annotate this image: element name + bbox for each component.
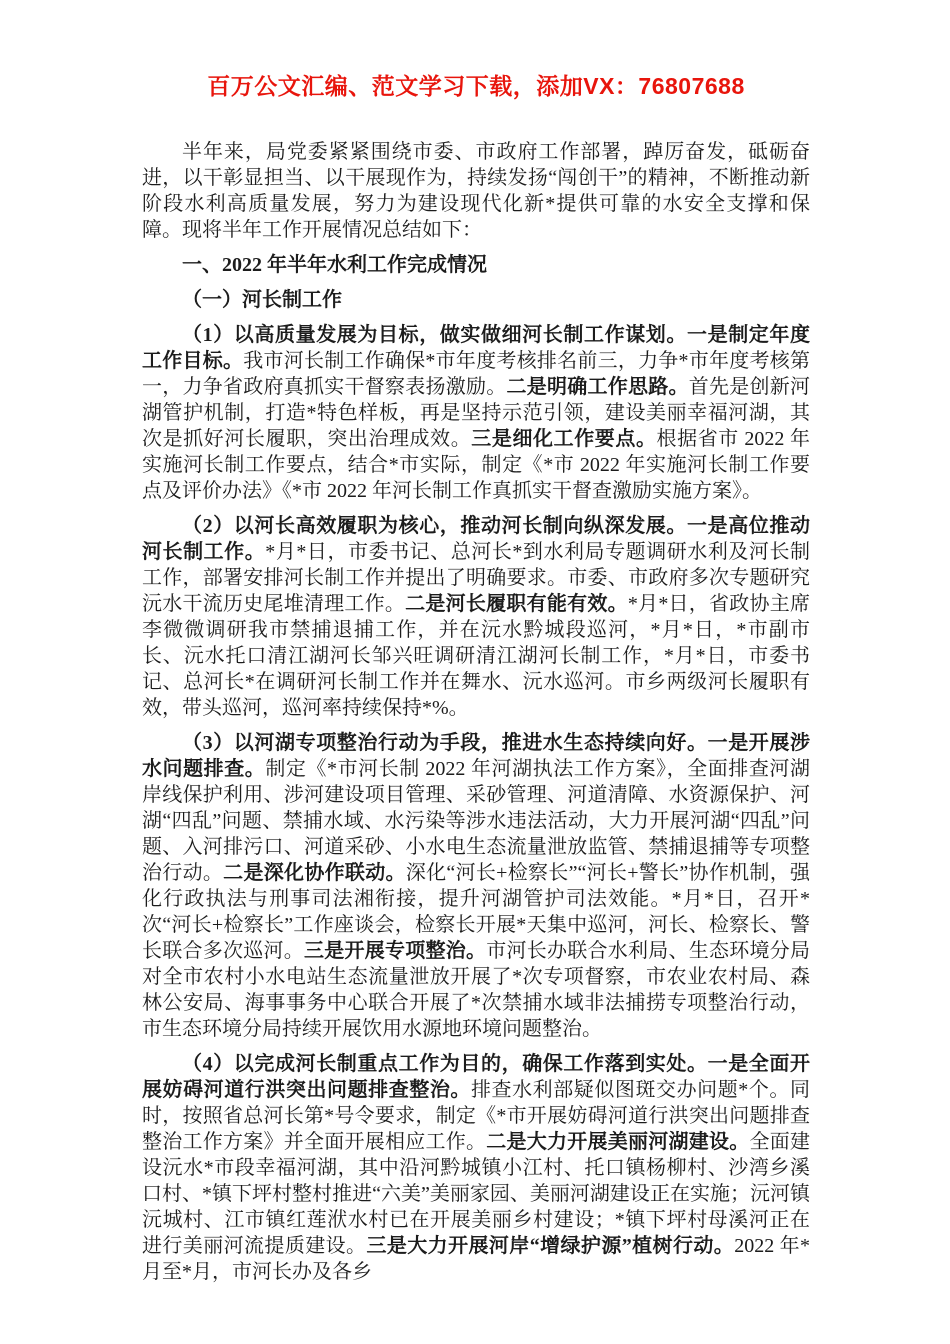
section-heading: （一）河长制工作: [142, 287, 810, 313]
paragraph: 半年来，局党委紧紧围绕市委、市政府工作部署，踔厉奋发，砥砺奋进，以干彰显担当、以…: [142, 139, 810, 243]
bold-text-run: 三是开展专项整治。: [304, 940, 486, 962]
bold-text-run: 二是河长履职有能有效。: [405, 593, 628, 615]
bold-text-run: 一、2022 年半年水利工作完成情况: [182, 254, 487, 276]
bold-text-run: 二是明确工作思路。: [507, 376, 689, 398]
bold-text-run: 三是大力开展河岸“增绿护源”植树行动。: [366, 1235, 734, 1257]
bold-text-run: （一）河长制工作: [182, 289, 342, 311]
paragraph: （4）以完成河长制重点工作为目的，确保工作落到实处。一是全面开展妨碍河道行洪突出…: [142, 1051, 810, 1285]
section-heading: 一、2022 年半年水利工作完成情况: [142, 252, 810, 278]
promo-banner-text: 百万公文汇编、范文学习下载，添加VX：76807688: [142, 68, 810, 101]
paragraph: （1）以高质量发展为目标，做实做细河长制工作谋划。一是制定年度工作目标。我市河长…: [142, 322, 810, 504]
bold-text-run: 二是大力开展美丽河湖建设。: [486, 1131, 749, 1153]
document-body: 半年来，局党委紧紧围绕市委、市政府工作部署，踔厉奋发，砥砺奋进，以干彰显担当、以…: [142, 139, 810, 1285]
bold-text-run: 二是深化协作联动。: [223, 862, 406, 884]
text-run: 半年来，局党委紧紧围绕市委、市政府工作部署，踔厉奋发，砥砺奋进，以干彰显担当、以…: [142, 141, 810, 241]
bold-text-run: 三是细化工作要点。: [471, 428, 656, 450]
paragraph: （2）以河长高效履职为核心，推动河长制向纵深发展。一是高位推动河长制工作。*月*…: [142, 513, 810, 721]
document-page: 百万公文汇编、范文学习下载，添加VX：76807688 半年来，局党委紧紧围绕市…: [0, 0, 950, 1344]
paragraph: （3）以河湖专项整治行动为手段，推进水生态持续向好。一是开展涉水问题排查。制定《…: [142, 730, 810, 1042]
